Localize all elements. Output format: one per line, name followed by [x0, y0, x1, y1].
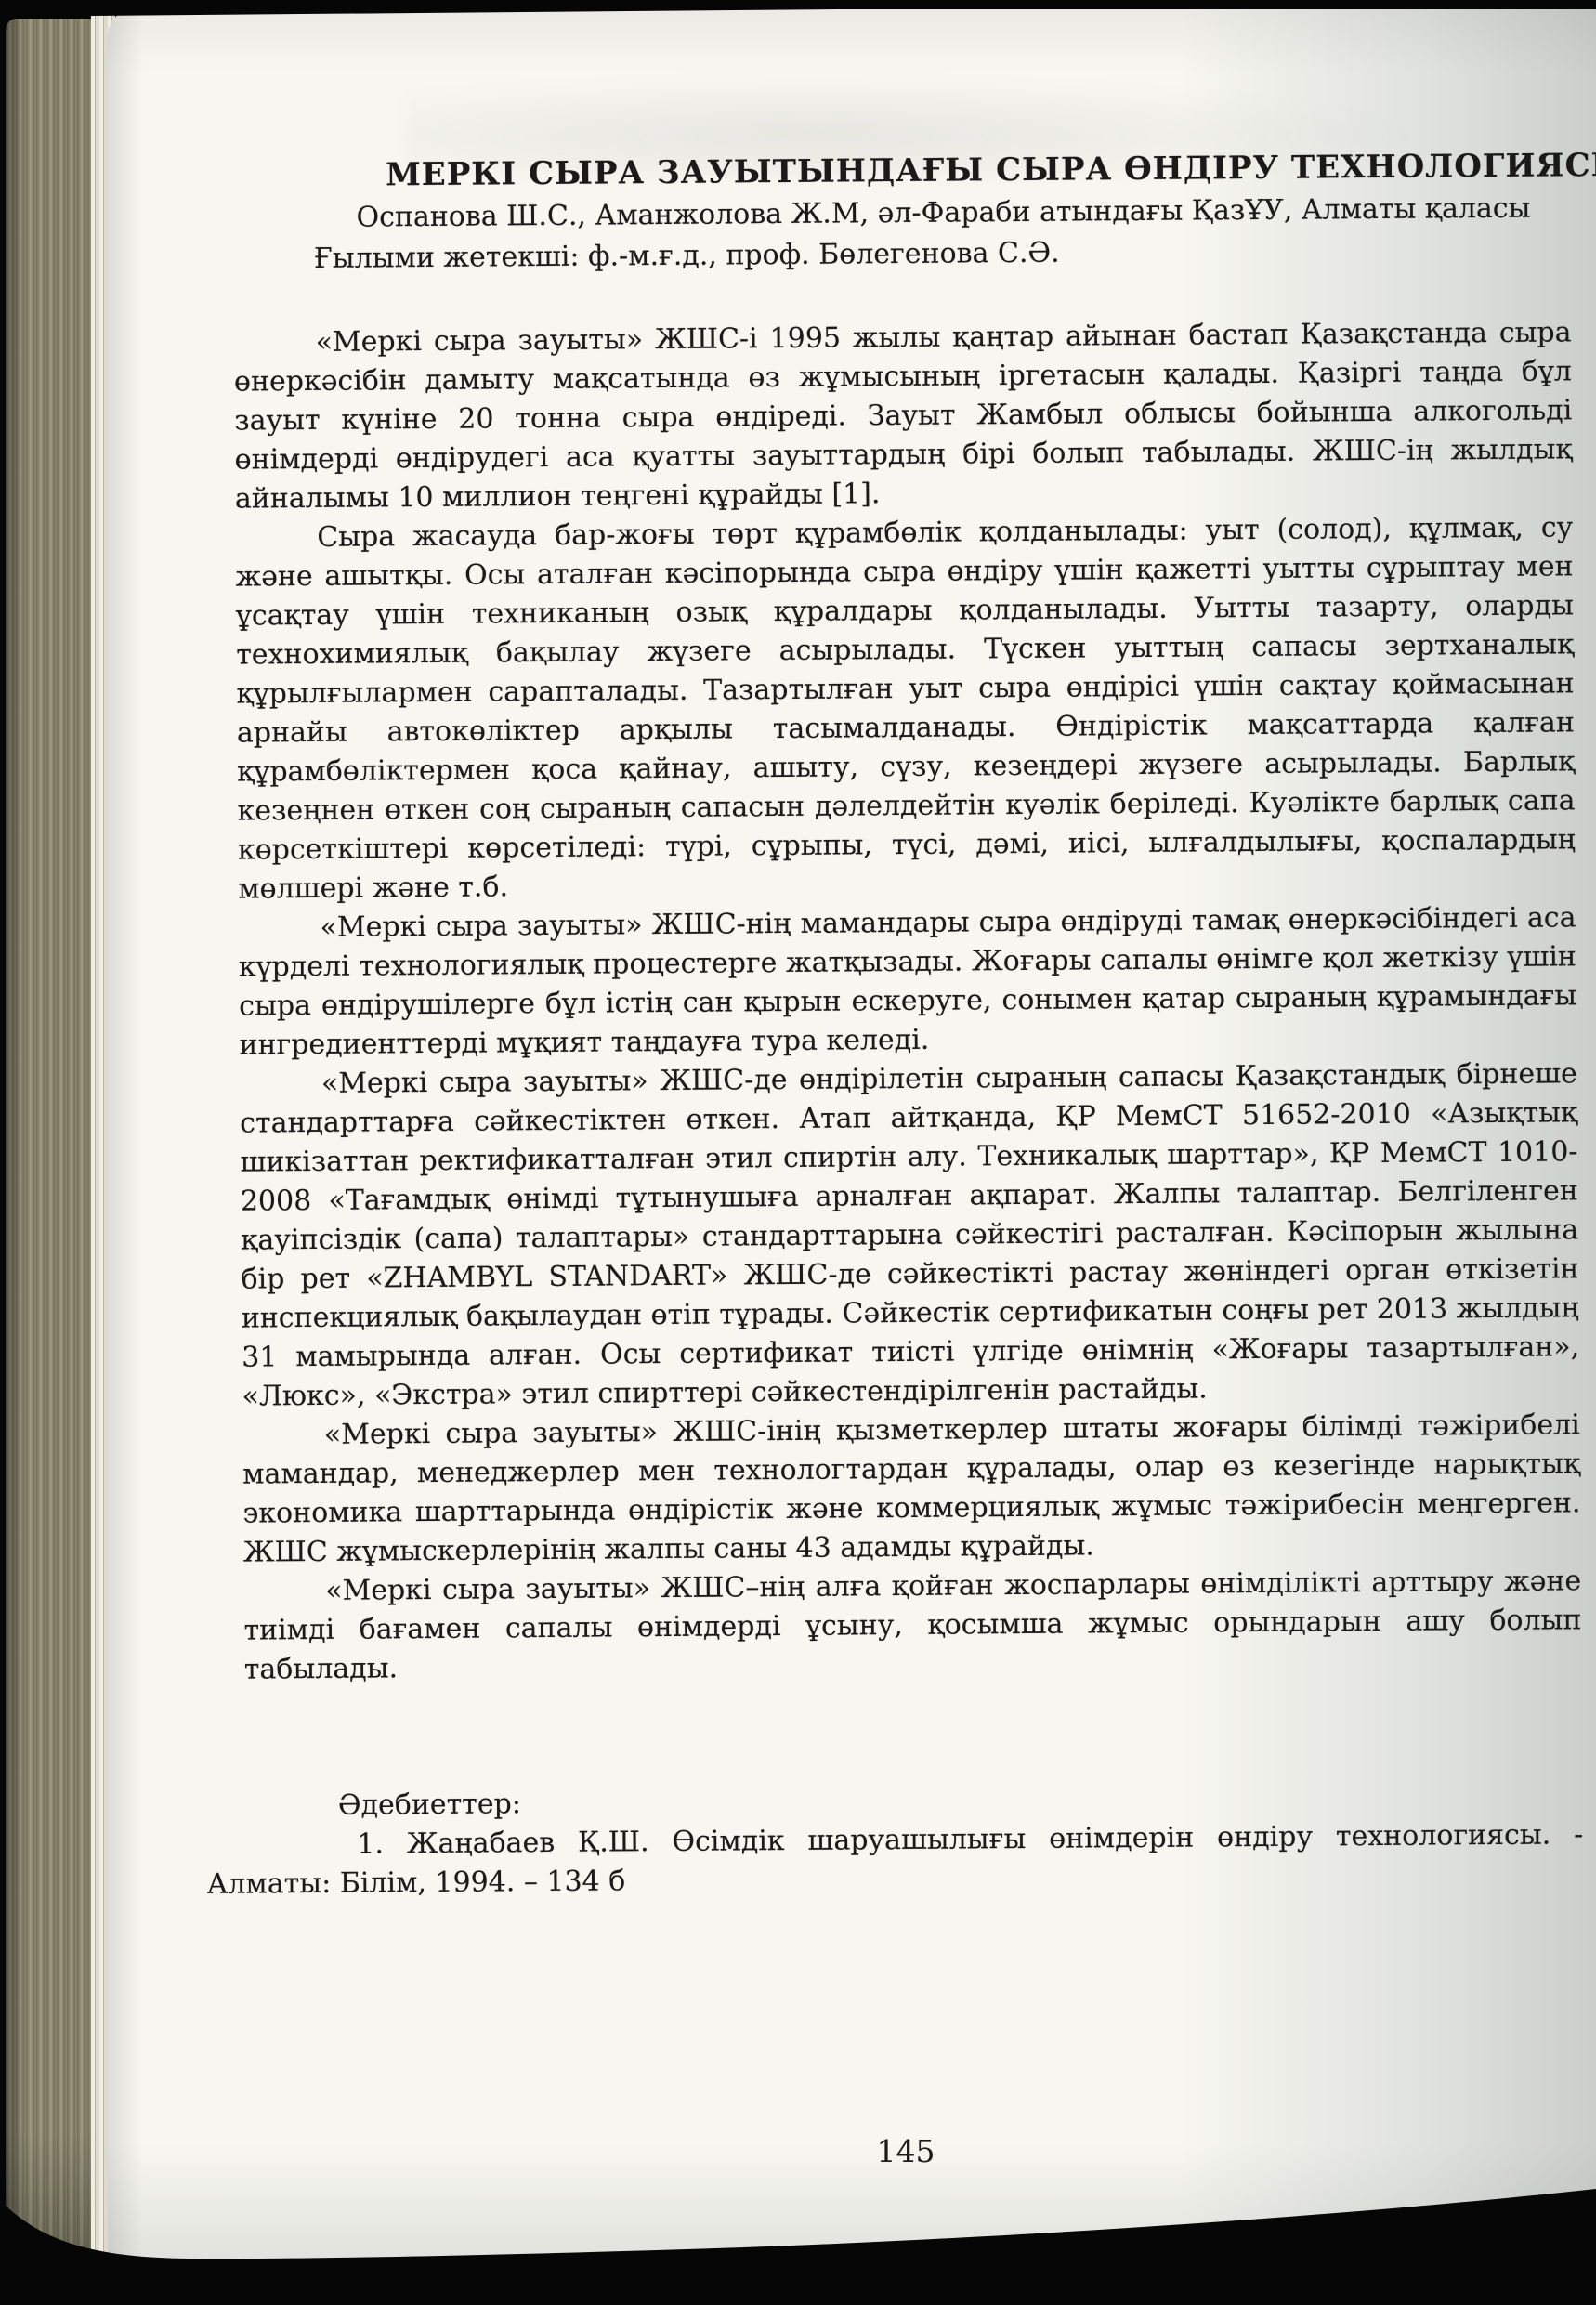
scanned-book-photo: { "colors": { "background": "#060606", "…	[0, 0, 1596, 2305]
article: МЕРКІ СЫРА ЗАУЫТЫНДАҒЫ СЫРА ӨНДІРУ ТЕХНО…	[232, 143, 1584, 1904]
article-body: «Меркі сыра зауыты» ЖШС-і 1995 жылы қаңт…	[233, 313, 1582, 1689]
reference-item: 1. Жаңабаев Қ.Ш. Өсімдік шаруашылығы өні…	[206, 1815, 1584, 1905]
paragraph-5: «Меркі сыра зауыты» ЖШС-інің қызметкерле…	[242, 1406, 1581, 1572]
book-page-edge-stack	[6, 19, 91, 2267]
paragraph-1: «Меркі сыра зауыты» ЖШС-і 1995 жылы қаңт…	[233, 313, 1573, 518]
background-bottom-curve	[0, 2165, 1596, 2305]
paragraph-6: «Меркі сыра зауыты» ЖШС–нің алға қойған …	[243, 1562, 1582, 1689]
references-section: Әдебиеттер: 1. Жаңабаев Қ.Ш. Өсімдік шар…	[245, 1776, 1584, 1904]
paragraph-2: Сыра жасауда бар-жоғы төрт құрамбөлік қо…	[235, 508, 1576, 909]
paragraph-4: «Меркі сыра зауыты» ЖШС-де өндірілетін с…	[240, 1054, 1580, 1416]
paragraph-3: «Меркі сыра зауыты» ЖШС-нің мамандары сы…	[238, 898, 1576, 1065]
